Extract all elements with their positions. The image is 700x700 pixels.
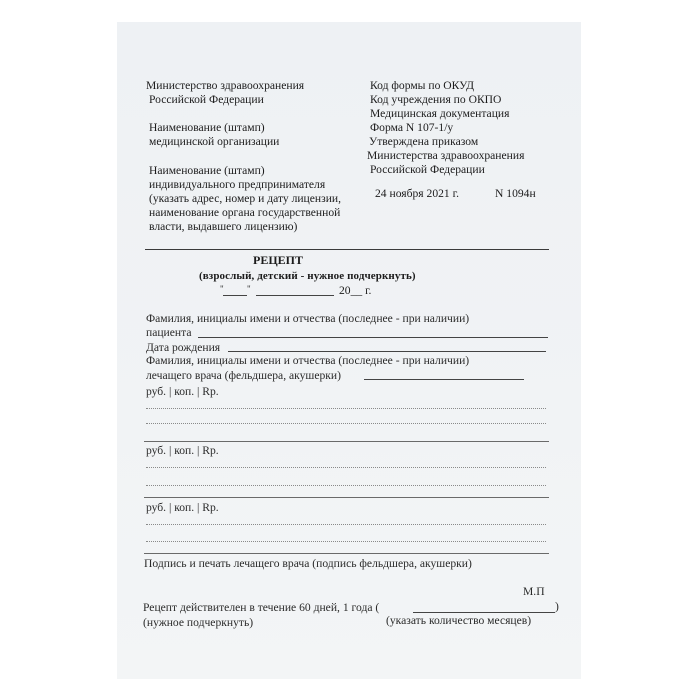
rx-block-1-line-2[interactable] <box>146 423 546 424</box>
rx-block-2-divider <box>144 497 549 498</box>
signature-label: Подпись и печать лечащего врача (подпись… <box>144 557 472 571</box>
okud-code-label: Код формы по ОКУД <box>370 79 474 93</box>
date-open-quote: " <box>220 282 224 296</box>
rx-block-1-divider <box>144 441 549 442</box>
ministry-line-2: Российской Федерации <box>149 93 264 107</box>
birth-date-field[interactable] <box>228 351 546 352</box>
okpo-code-label: Код учреждения по ОКПО <box>370 93 501 107</box>
rx-block-3-divider <box>144 553 549 554</box>
doctor-name-label-2: лечащего врача (фельдшера, акушерки) <box>146 369 341 383</box>
approving-federation-label: Российской Федерации <box>370 163 485 177</box>
org-stamp-line-2: медицинской организации <box>149 135 279 149</box>
order-number: N 1094н <box>495 187 536 201</box>
ip-stamp-line-5: власти, выдавшего лицензию) <box>149 220 297 234</box>
validity-note-right: (указать количество месяцев) <box>386 614 531 628</box>
header-divider <box>145 249 549 250</box>
ip-stamp-line-4: наименование органа государственной <box>149 206 340 220</box>
validity-text: Рецепт действителен в течение 60 дней, 1… <box>143 601 379 615</box>
date-close-quote: " <box>247 282 251 296</box>
patient-name-field[interactable] <box>198 337 548 338</box>
medical-documentation-label: Медицинская документация <box>370 107 509 121</box>
ip-stamp-line-1: Наименование (штамп) <box>149 164 265 178</box>
rx-block-2-line-1[interactable] <box>146 467 546 468</box>
ip-stamp-line-3: (указать адрес, номер и дату лицензии, <box>149 192 341 206</box>
order-date: 24 ноября 2021 г. <box>375 187 459 201</box>
prescription-title: РЕЦЕПТ <box>253 253 303 267</box>
doctor-name-label-1: Фамилия, инициалы имени и отчества (посл… <box>146 354 469 368</box>
approving-ministry-label: Министерства здравоохранения <box>367 149 524 163</box>
rx-block-2-label: руб. | коп. | Rp. <box>146 444 219 458</box>
ministry-line-1: Министерство здравоохранения <box>146 79 304 93</box>
birth-date-label: Дата рождения <box>146 341 220 355</box>
stamp-place-label: М.П <box>523 585 545 599</box>
approved-by-order-label: Утверждена приказом <box>369 135 478 149</box>
rx-block-3-line-2[interactable] <box>146 541 546 542</box>
date-month-field[interactable] <box>256 295 334 296</box>
prescription-subtitle: (взрослый, детский - нужное подчеркнуть) <box>199 269 416 283</box>
validity-close-paren: ) <box>555 600 559 614</box>
patient-name-label-2: пациента <box>146 326 191 340</box>
ip-stamp-line-2: индивидуального предпринимателя <box>149 178 325 192</box>
rx-block-3-label: руб. | коп. | Rp. <box>146 501 219 515</box>
rx-block-2-line-2[interactable] <box>146 485 546 486</box>
org-stamp-line-1: Наименование (штамп) <box>149 121 265 135</box>
validity-months-field[interactable] <box>413 612 555 613</box>
rx-block-1-label: руб. | коп. | Rp. <box>146 385 219 399</box>
patient-name-label-1: Фамилия, инициалы имени и отчества (посл… <box>146 312 469 326</box>
date-year: 20__ г. <box>339 284 371 298</box>
date-day-field[interactable] <box>223 295 247 296</box>
rx-block-1-line-1[interactable] <box>146 408 546 409</box>
doctor-name-field[interactable] <box>364 379 524 380</box>
form-number-label: Форма N 107-1/у <box>370 121 453 135</box>
validity-note-left: (нужное подчеркнуть) <box>143 616 253 630</box>
rx-block-3-line-1[interactable] <box>146 524 546 525</box>
